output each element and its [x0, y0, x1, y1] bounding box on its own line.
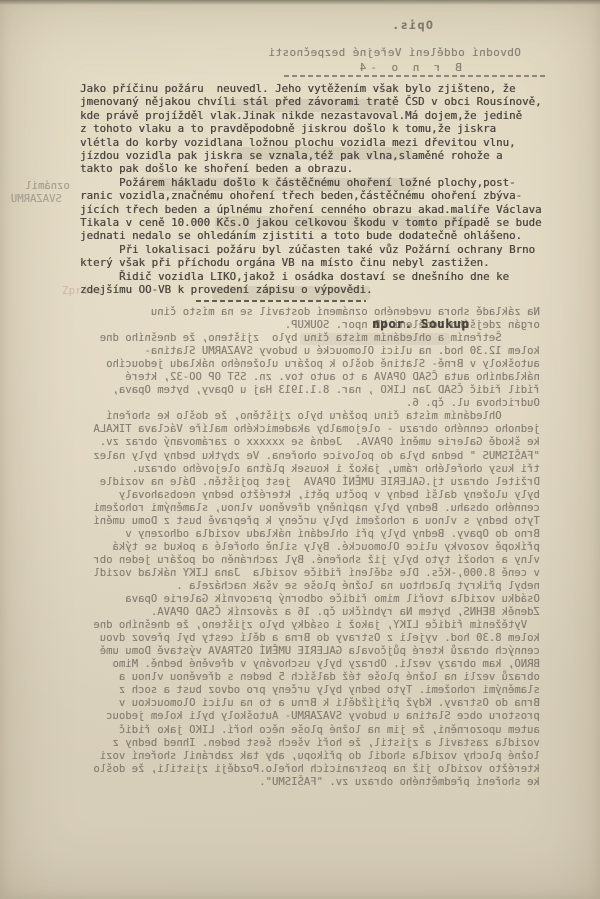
report-body-text: Jako příčinu požáru neuvedl. Jeho vytěže… — [80, 82, 570, 297]
text-line: z tohoto vlaku a to pravděpodobně jiskro… — [80, 122, 570, 135]
text-line: jících třech beden a úplnému zhoření cen… — [80, 203, 570, 216]
text-line: který však při příchodu orgána VB na mís… — [80, 256, 570, 269]
text-line: Při lokalisaci požáru byl zúčasten také … — [80, 243, 570, 256]
text-line: Tikala v ceně 10.000 Kčs.O jakou celkovo… — [80, 216, 570, 229]
dashed-underline-statement — [196, 300, 366, 302]
text-line: Jako příčinu požáru neuvedl. Jeho vytěže… — [80, 82, 570, 95]
signature: npor. Soukup — [372, 316, 470, 331]
front-text-layer: Zpráva Jako příčinu požáru neuvedl. Jeho… — [0, 0, 600, 899]
text-line: Řidič vozidla LIKO,jakož i osádka dostav… — [80, 270, 570, 283]
text-line: jízdou vozidla pak jiskra se vznala,též … — [80, 149, 570, 162]
text-line: vlétla do korby vozidlana ložnou plochu … — [80, 136, 570, 149]
text-line: zdejšímu OO-VB k provedení zápisu o výpo… — [80, 283, 570, 296]
scan-edge-shadow — [0, 0, 600, 5]
text-line: jmenovaný nějakou chvíli stál před závor… — [80, 95, 570, 108]
text-line: ranic vozidla,značnému ohoření třech bed… — [80, 189, 570, 202]
text-line: kde právě projížděl vlak.Jinak nikde nez… — [80, 109, 570, 122]
scanned-document-page: Opis. Obvodní oddělení Veřejné bezpečnos… — [0, 0, 600, 899]
text-line: jednati nedalo se ohledáním zjistiti a t… — [80, 229, 570, 242]
text-line: takto pak došlo ke shoření beden a obraz… — [80, 162, 570, 175]
text-line: Požárem hákladu došlo k částěčnému ohoře… — [80, 176, 570, 189]
